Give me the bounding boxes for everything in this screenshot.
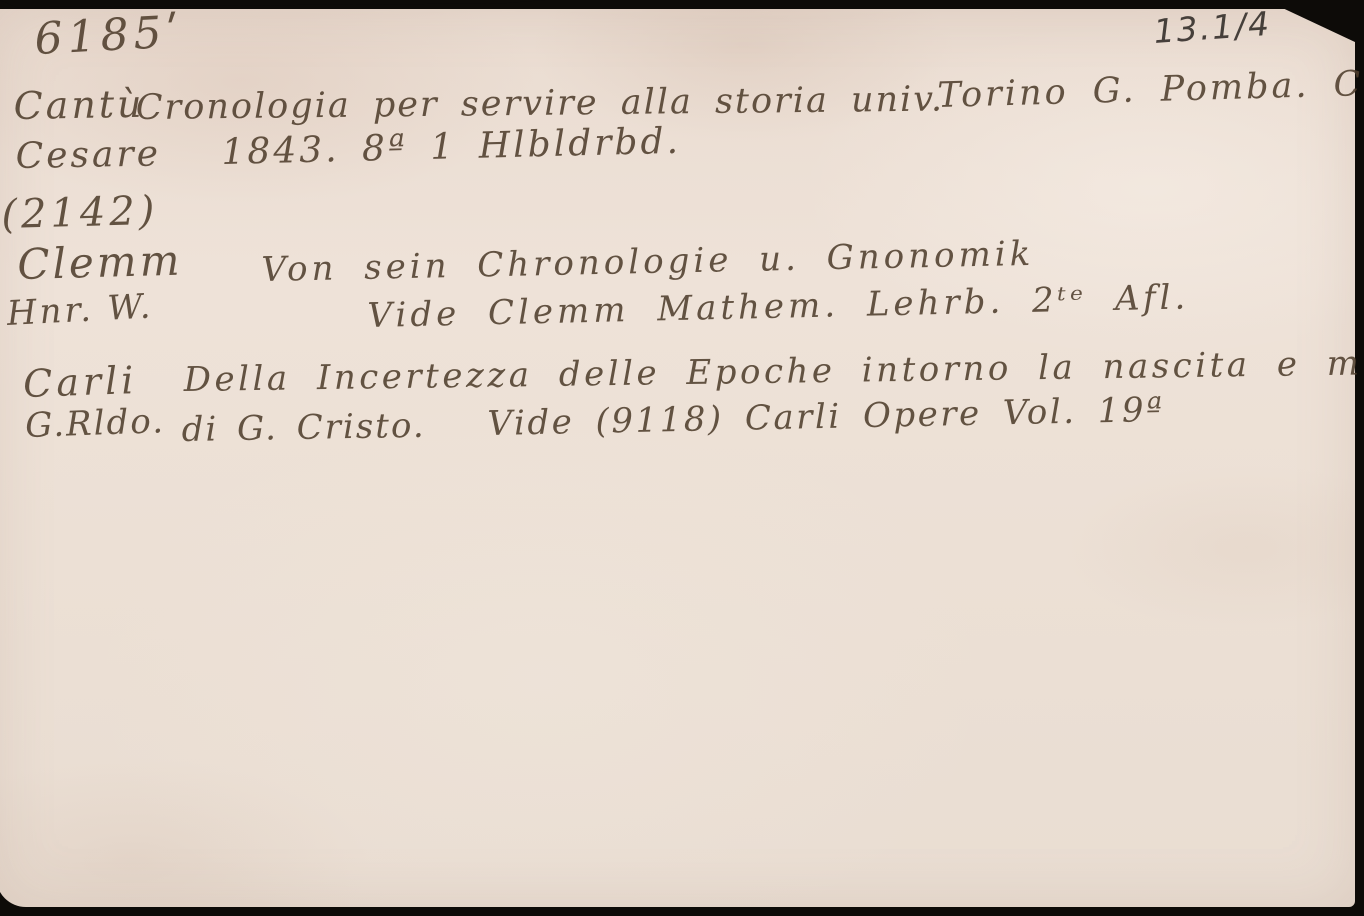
entry3-title-line2: di G. Cristo. [181, 406, 426, 450]
cross-reference-number: (2142) [1, 188, 159, 238]
pencil-shelf-mark: 13.1/4 [1152, 4, 1272, 51]
entry1-author-line1: Cantù [13, 82, 145, 128]
entry3-author-line1: Carli [22, 358, 138, 406]
call-number: 6185ʹ [33, 6, 185, 65]
scan-edge-right-notch [1354, 222, 1364, 248]
entry2-author-line2: Hnr. W. [6, 286, 154, 334]
entry1-title-line1: Cronologia per servire alla storia univ. [136, 80, 945, 128]
entry1-author-line2: Cesare [15, 133, 161, 177]
entry3-author-line2: G.Rldo. [25, 401, 166, 446]
entry2-author-line1: Clemm [17, 236, 183, 289]
